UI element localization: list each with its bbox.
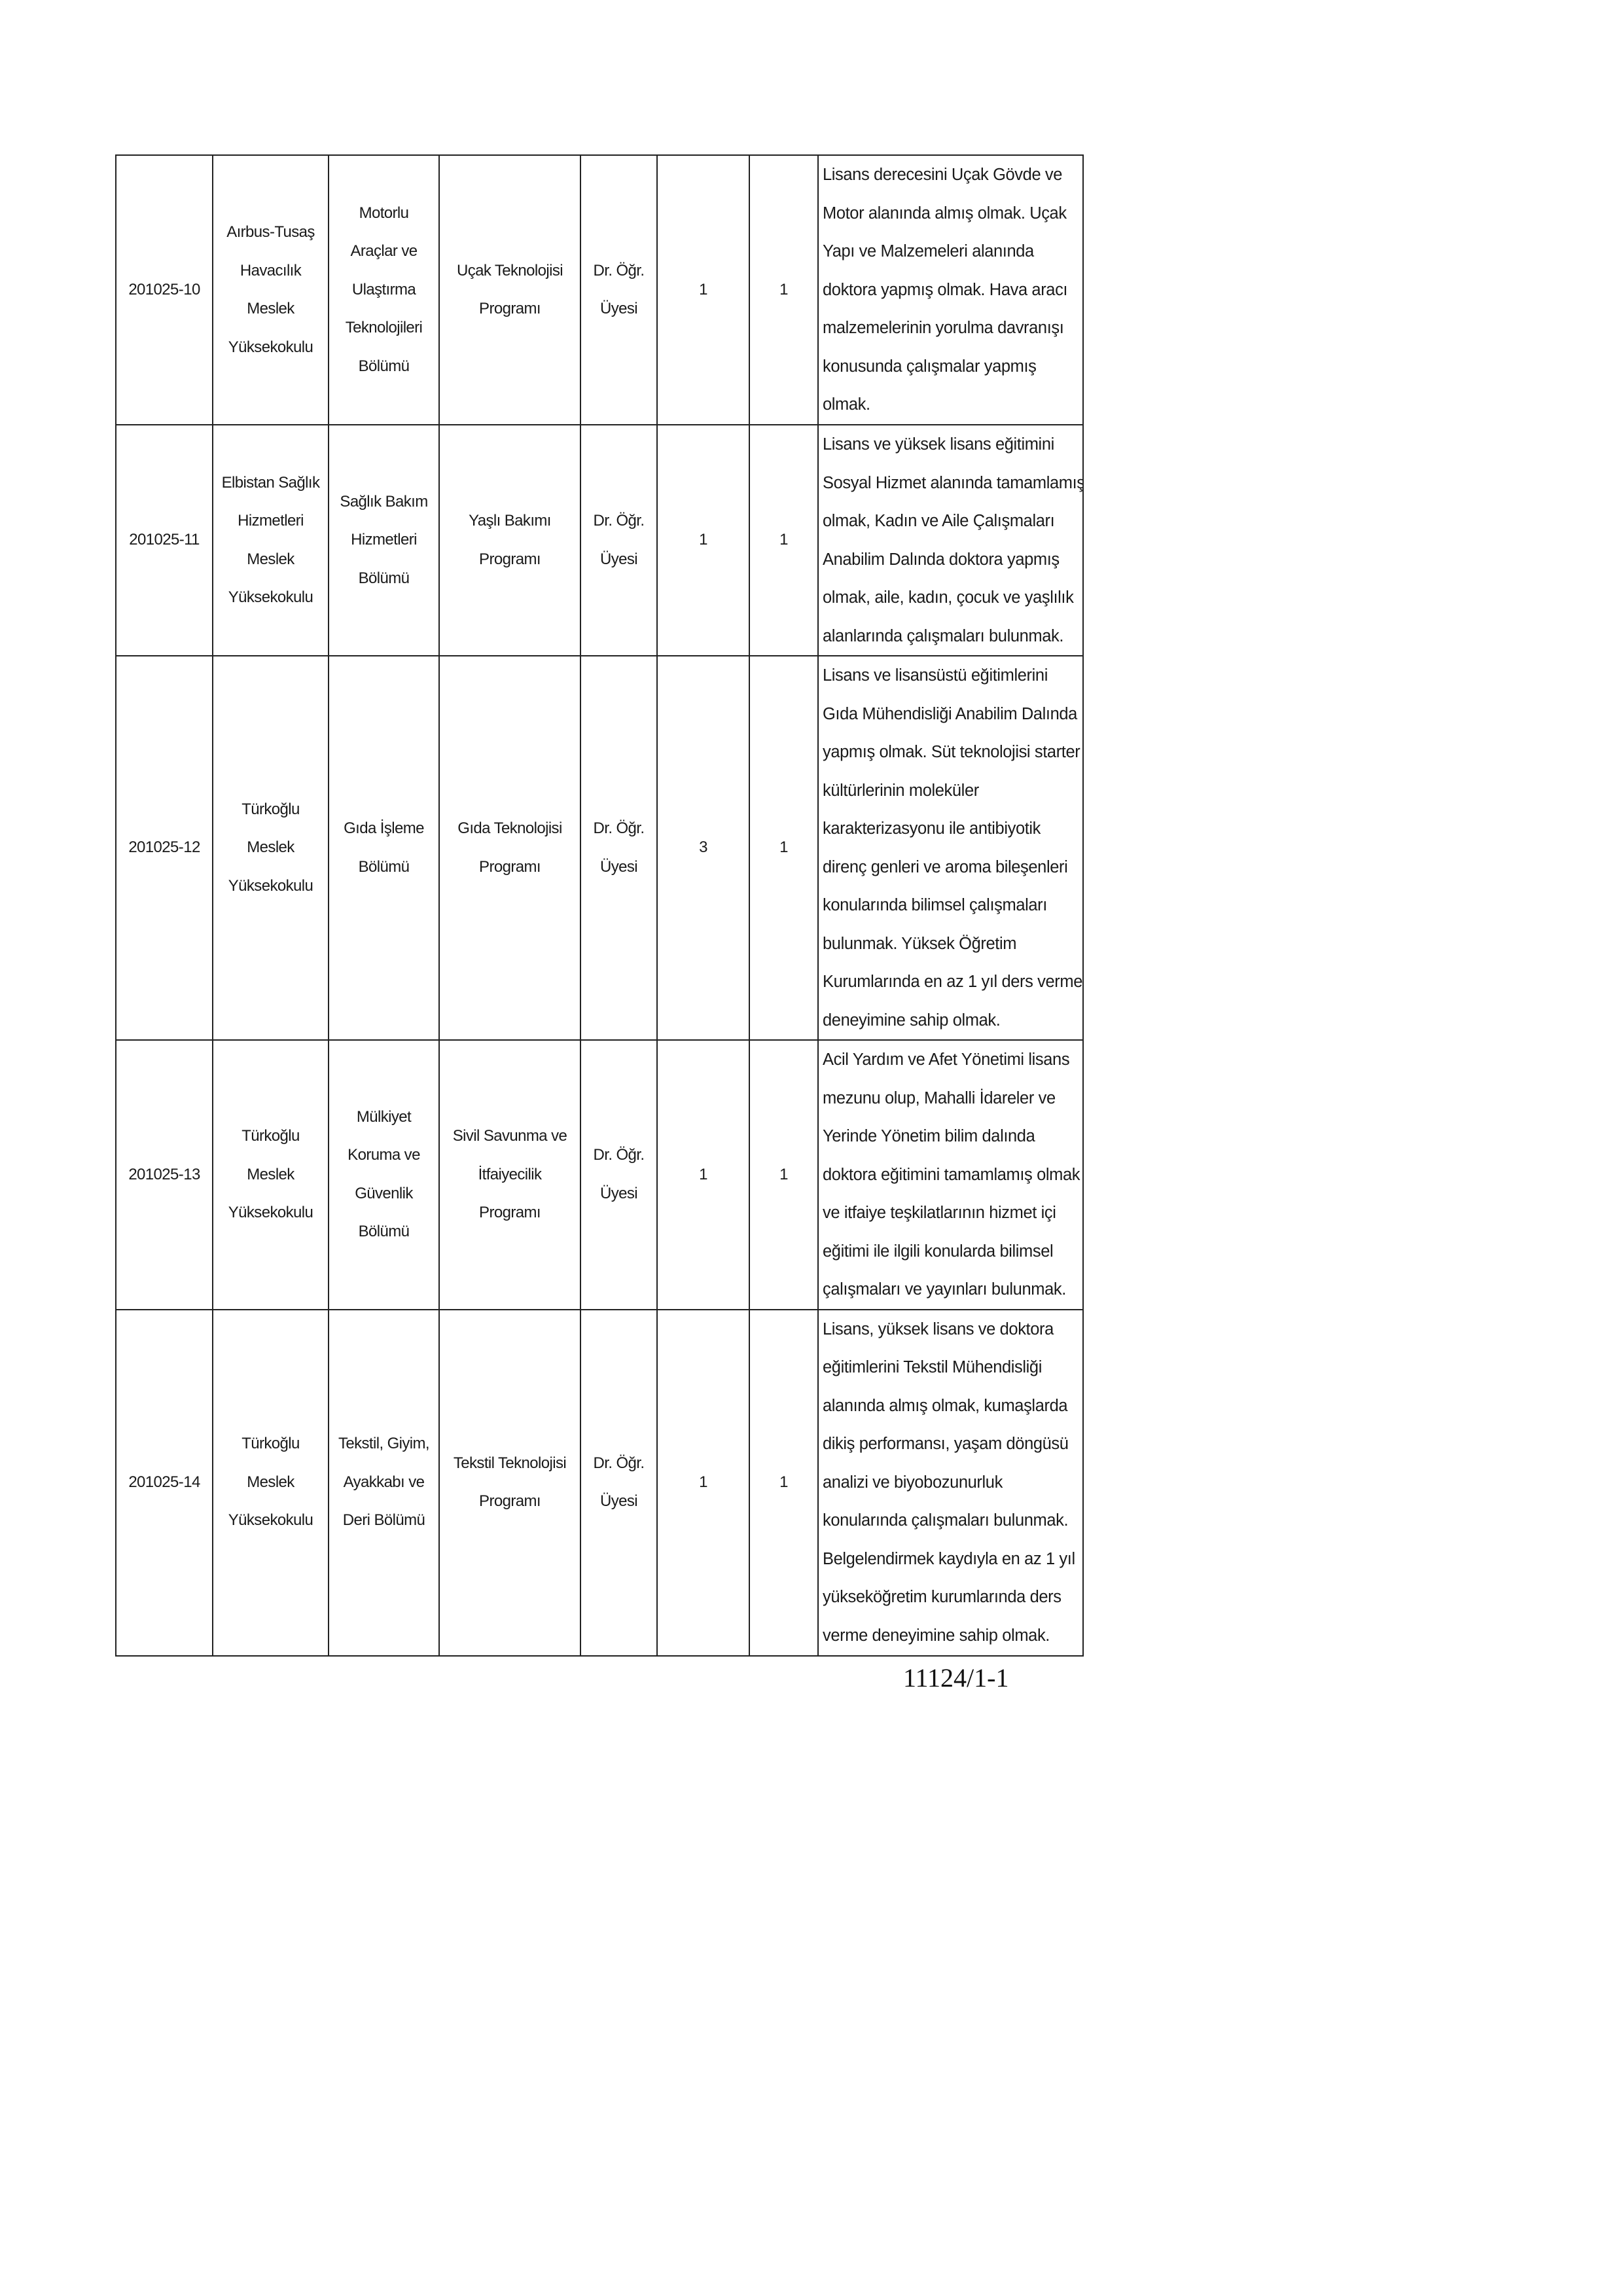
text-line: Bölümü [329,560,438,598]
program-cell: Sivil Savunma veİtfaiyecilikProgramı [439,1040,580,1310]
text-line: analizi ve biyobozunurluk [823,1463,1082,1502]
requirements-cell: Acil Yardım ve Afet Yönetimi lisansmezun… [818,1040,1083,1310]
text-line: Lisans ve yüksek lisans eğitimini [823,425,1082,464]
text-line: Araçlar ve [329,232,438,271]
text-line: Bölümü [329,1213,438,1251]
text-line: Yüksekokulu [213,1501,328,1540]
page-number: 11124/1-1 [903,1662,1008,1693]
text-line: Havacılık [213,252,328,291]
text-line: Uçak Teknolojisi [440,252,580,291]
text-line: Kurumlarında en az 1 yıl ders verme [823,963,1082,1001]
text-line: çalışmaları ve yayınları bulunmak. [823,1270,1082,1309]
text-line: Gıda Teknolojisi [440,810,580,848]
degree-cell: 1 [657,1040,749,1310]
text-line: eğitimi ile ilgili konularda bilimsel [823,1232,1082,1271]
text-line: Yaşlı Bakımı [440,502,580,541]
text-line: konularında çalışmaları bulunmak. [823,1501,1082,1540]
text-line: Üyesi [581,290,656,329]
text-line: Dr. Öğr. [581,252,656,291]
text-line: Hizmetleri [213,502,328,541]
ilan-no-cell: 201025-12 [116,656,213,1040]
title-cell: Dr. Öğr.Üyesi [580,1310,657,1656]
program-cell: Tekstil TeknolojisiProgramı [439,1310,580,1656]
text-line: verme deneyimine sahip olmak. [823,1617,1082,1655]
table-row: 201025-13 TürkoğluMeslekYüksekokulu Mülk… [116,1040,1083,1310]
text-line: doktora eğitimini tamamlamış olmak [823,1156,1082,1194]
title-cell: Dr. Öğr.Üyesi [580,656,657,1040]
text-line: Lisans ve lisansüstü eğitimlerini [823,656,1082,695]
text-line: Programı [440,541,580,579]
text-line: Tekstil Teknolojisi [440,1444,580,1483]
department-cell: MülkiyetKoruma veGüvenlikBölümü [329,1040,439,1310]
document-page: 201025-10 Aırbus-TusaşHavacılıkMeslekYük… [0,0,1623,2296]
text-line: Programı [440,1482,580,1521]
ilan-no-cell: 201025-13 [116,1040,213,1310]
positions-table: 201025-10 Aırbus-TusaşHavacılıkMeslekYük… [115,154,1084,1657]
text-line: Meslek [213,290,328,329]
text-line: Türkoğlu [213,791,328,829]
text-line: direnç genleri ve aroma bileşenleri [823,848,1082,887]
unit-cell: TürkoğluMeslekYüksekokulu [213,1310,329,1656]
text-line: olmak, aile, kadın, çocuk ve yaşlılık [823,579,1082,617]
text-line: Güvenlik [329,1175,438,1213]
text-line: Bölümü [329,848,438,887]
text-line: mezunu olup, Mahalli İdareler ve [823,1079,1082,1118]
requirements-cell: Lisans, yüksek lisans ve doktoraeğitimle… [818,1310,1083,1656]
requirements-cell: Lisans ve lisansüstü eğitimleriniGıda Mü… [818,656,1083,1040]
text-line: Üyesi [581,1482,656,1521]
text-line: Motor alanında almış olmak. Uçak [823,194,1082,233]
table-row: 201025-11 Elbistan SağlıkHizmetleriMesle… [116,425,1083,656]
text-line: Meslek [213,1463,328,1502]
text-line: İtfaiyecilik [440,1156,580,1194]
ilan-no-cell: 201025-14 [116,1310,213,1656]
text-line: Üyesi [581,848,656,887]
text-line: Yapı ve Malzemeleri alanında [823,232,1082,271]
text-line: karakterizasyonu ile antibiyotik [823,810,1082,848]
degree-cell: 3 [657,656,749,1040]
text-line: doktora yapmış olmak. Hava aracı [823,271,1082,310]
text-line: olmak, Kadın ve Aile Çalışmaları [823,502,1082,541]
text-line: konusunda çalışmalar yapmış [823,348,1082,386]
text-line: kültürlerinin moleküler [823,772,1082,810]
text-line: Programı [440,848,580,887]
text-line: Meslek [213,829,328,867]
count-cell: 1 [749,656,818,1040]
text-line: Motorlu [329,194,438,233]
text-line: Hizmetleri [329,521,438,560]
text-line: Acil Yardım ve Afet Yönetimi lisans [823,1041,1082,1079]
program-cell: Gıda TeknolojisiProgramı [439,656,580,1040]
title-cell: Dr. Öğr.Üyesi [580,1040,657,1310]
text-line: yapmış olmak. Süt teknolojisi starter [823,733,1082,772]
text-line: Mülkiyet [329,1098,438,1137]
text-line: Teknolojileri [329,309,438,348]
text-line: Gıda İşleme [329,810,438,848]
text-line: Deri Bölümü [329,1501,438,1540]
text-line: Gıda Mühendisliği Anabilim Dalında [823,695,1082,734]
text-line: dikiş performansı, yaşam döngüsü [823,1425,1082,1463]
degree-cell: 1 [657,425,749,656]
text-line: Sağlık Bakım [329,483,438,522]
text-line: deneyimine sahip olmak. [823,1001,1082,1040]
text-line: Yüksekokulu [213,329,328,367]
text-line: malzemelerinin yorulma davranışı [823,309,1082,348]
department-cell: Tekstil, Giyim,Ayakkabı veDeri Bölümü [329,1310,439,1656]
text-line: konularında bilimsel çalışmaları [823,886,1082,925]
text-line: alanında almış olmak, kumaşlarda [823,1387,1082,1426]
text-line: Tekstil, Giyim, [329,1425,438,1463]
text-line: Üyesi [581,541,656,579]
text-line: Aırbus-Tusaş [213,213,328,252]
text-line: eğitimlerini Tekstil Mühendisliği [823,1348,1082,1387]
text-line: olmak. [823,386,1082,424]
program-cell: Uçak TeknolojisiProgramı [439,155,580,425]
requirements-cell: Lisans ve yüksek lisans eğitiminiSosyal … [818,425,1083,656]
unit-cell: TürkoğluMeslekYüksekokulu [213,1040,329,1310]
degree-cell: 1 [657,155,749,425]
department-cell: Sağlık BakımHizmetleriBölümü [329,425,439,656]
text-line: Meslek [213,1156,328,1194]
text-line: Yüksekokulu [213,867,328,906]
text-line: yükseköğretim kurumlarında ders [823,1578,1082,1617]
text-line: ve itfaiye teşkilatlarının hizmet içi [823,1194,1082,1232]
text-line: Yüksekokulu [213,1194,328,1232]
text-line: Dr. Öğr. [581,1444,656,1483]
text-line: Yüksekokulu [213,579,328,617]
text-line: Belgelendirmek kaydıyla en az 1 yıl [823,1540,1082,1579]
degree-cell: 1 [657,1310,749,1656]
table-row: 201025-12 TürkoğluMeslekYüksekokulu Gıda… [116,656,1083,1040]
text-line: alanlarında çalışmaları bulunmak. [823,617,1082,656]
text-line: Lisans, yüksek lisans ve doktora [823,1310,1082,1349]
title-cell: Dr. Öğr.Üyesi [580,425,657,656]
requirements-cell: Lisans derecesini Uçak Gövde veMotor ala… [818,155,1083,425]
count-cell: 1 [749,1310,818,1656]
text-line: Programı [440,290,580,329]
text-line: Dr. Öğr. [581,502,656,541]
text-line: Türkoğlu [213,1117,328,1156]
text-line: Bölümü [329,348,438,386]
text-line: Ulaştırma [329,271,438,310]
unit-cell: Aırbus-TusaşHavacılıkMeslekYüksekokulu [213,155,329,425]
text-line: Meslek [213,541,328,579]
text-line: Üyesi [581,1175,656,1213]
table-row: 201025-10 Aırbus-TusaşHavacılıkMeslekYük… [116,155,1083,425]
unit-cell: Elbistan SağlıkHizmetleriMeslekYüksekoku… [213,425,329,656]
text-line: Dr. Öğr. [581,810,656,848]
count-cell: 1 [749,425,818,656]
program-cell: Yaşlı BakımıProgramı [439,425,580,656]
table-body: 201025-10 Aırbus-TusaşHavacılıkMeslekYük… [116,155,1083,1656]
unit-cell: TürkoğluMeslekYüksekokulu [213,656,329,1040]
text-line: Lisans derecesini Uçak Gövde ve [823,156,1082,194]
ilan-no-cell: 201025-11 [116,425,213,656]
text-line: bulunmak. Yüksek Öğretim [823,925,1082,963]
text-line: Elbistan Sağlık [213,464,328,503]
text-line: Sivil Savunma ve [440,1117,580,1156]
table-row: 201025-14 TürkoğluMeslekYüksekokulu Teks… [116,1310,1083,1656]
text-line: Programı [440,1194,580,1232]
text-line: Koruma ve [329,1136,438,1175]
text-line: Anabilim Dalında doktora yapmış [823,541,1082,579]
count-cell: 1 [749,1040,818,1310]
text-line: Türkoğlu [213,1425,328,1463]
text-line: Sosyal Hizmet alanında tamamlamış [823,464,1082,503]
ilan-no-cell: 201025-10 [116,155,213,425]
title-cell: Dr. Öğr.Üyesi [580,155,657,425]
count-cell: 1 [749,155,818,425]
text-line: Dr. Öğr. [581,1136,656,1175]
department-cell: Gıda İşlemeBölümü [329,656,439,1040]
text-line: Yerinde Yönetim bilim dalında [823,1117,1082,1156]
text-line: Ayakkabı ve [329,1463,438,1502]
department-cell: MotorluAraçlar veUlaştırmaTeknolojileriB… [329,155,439,425]
